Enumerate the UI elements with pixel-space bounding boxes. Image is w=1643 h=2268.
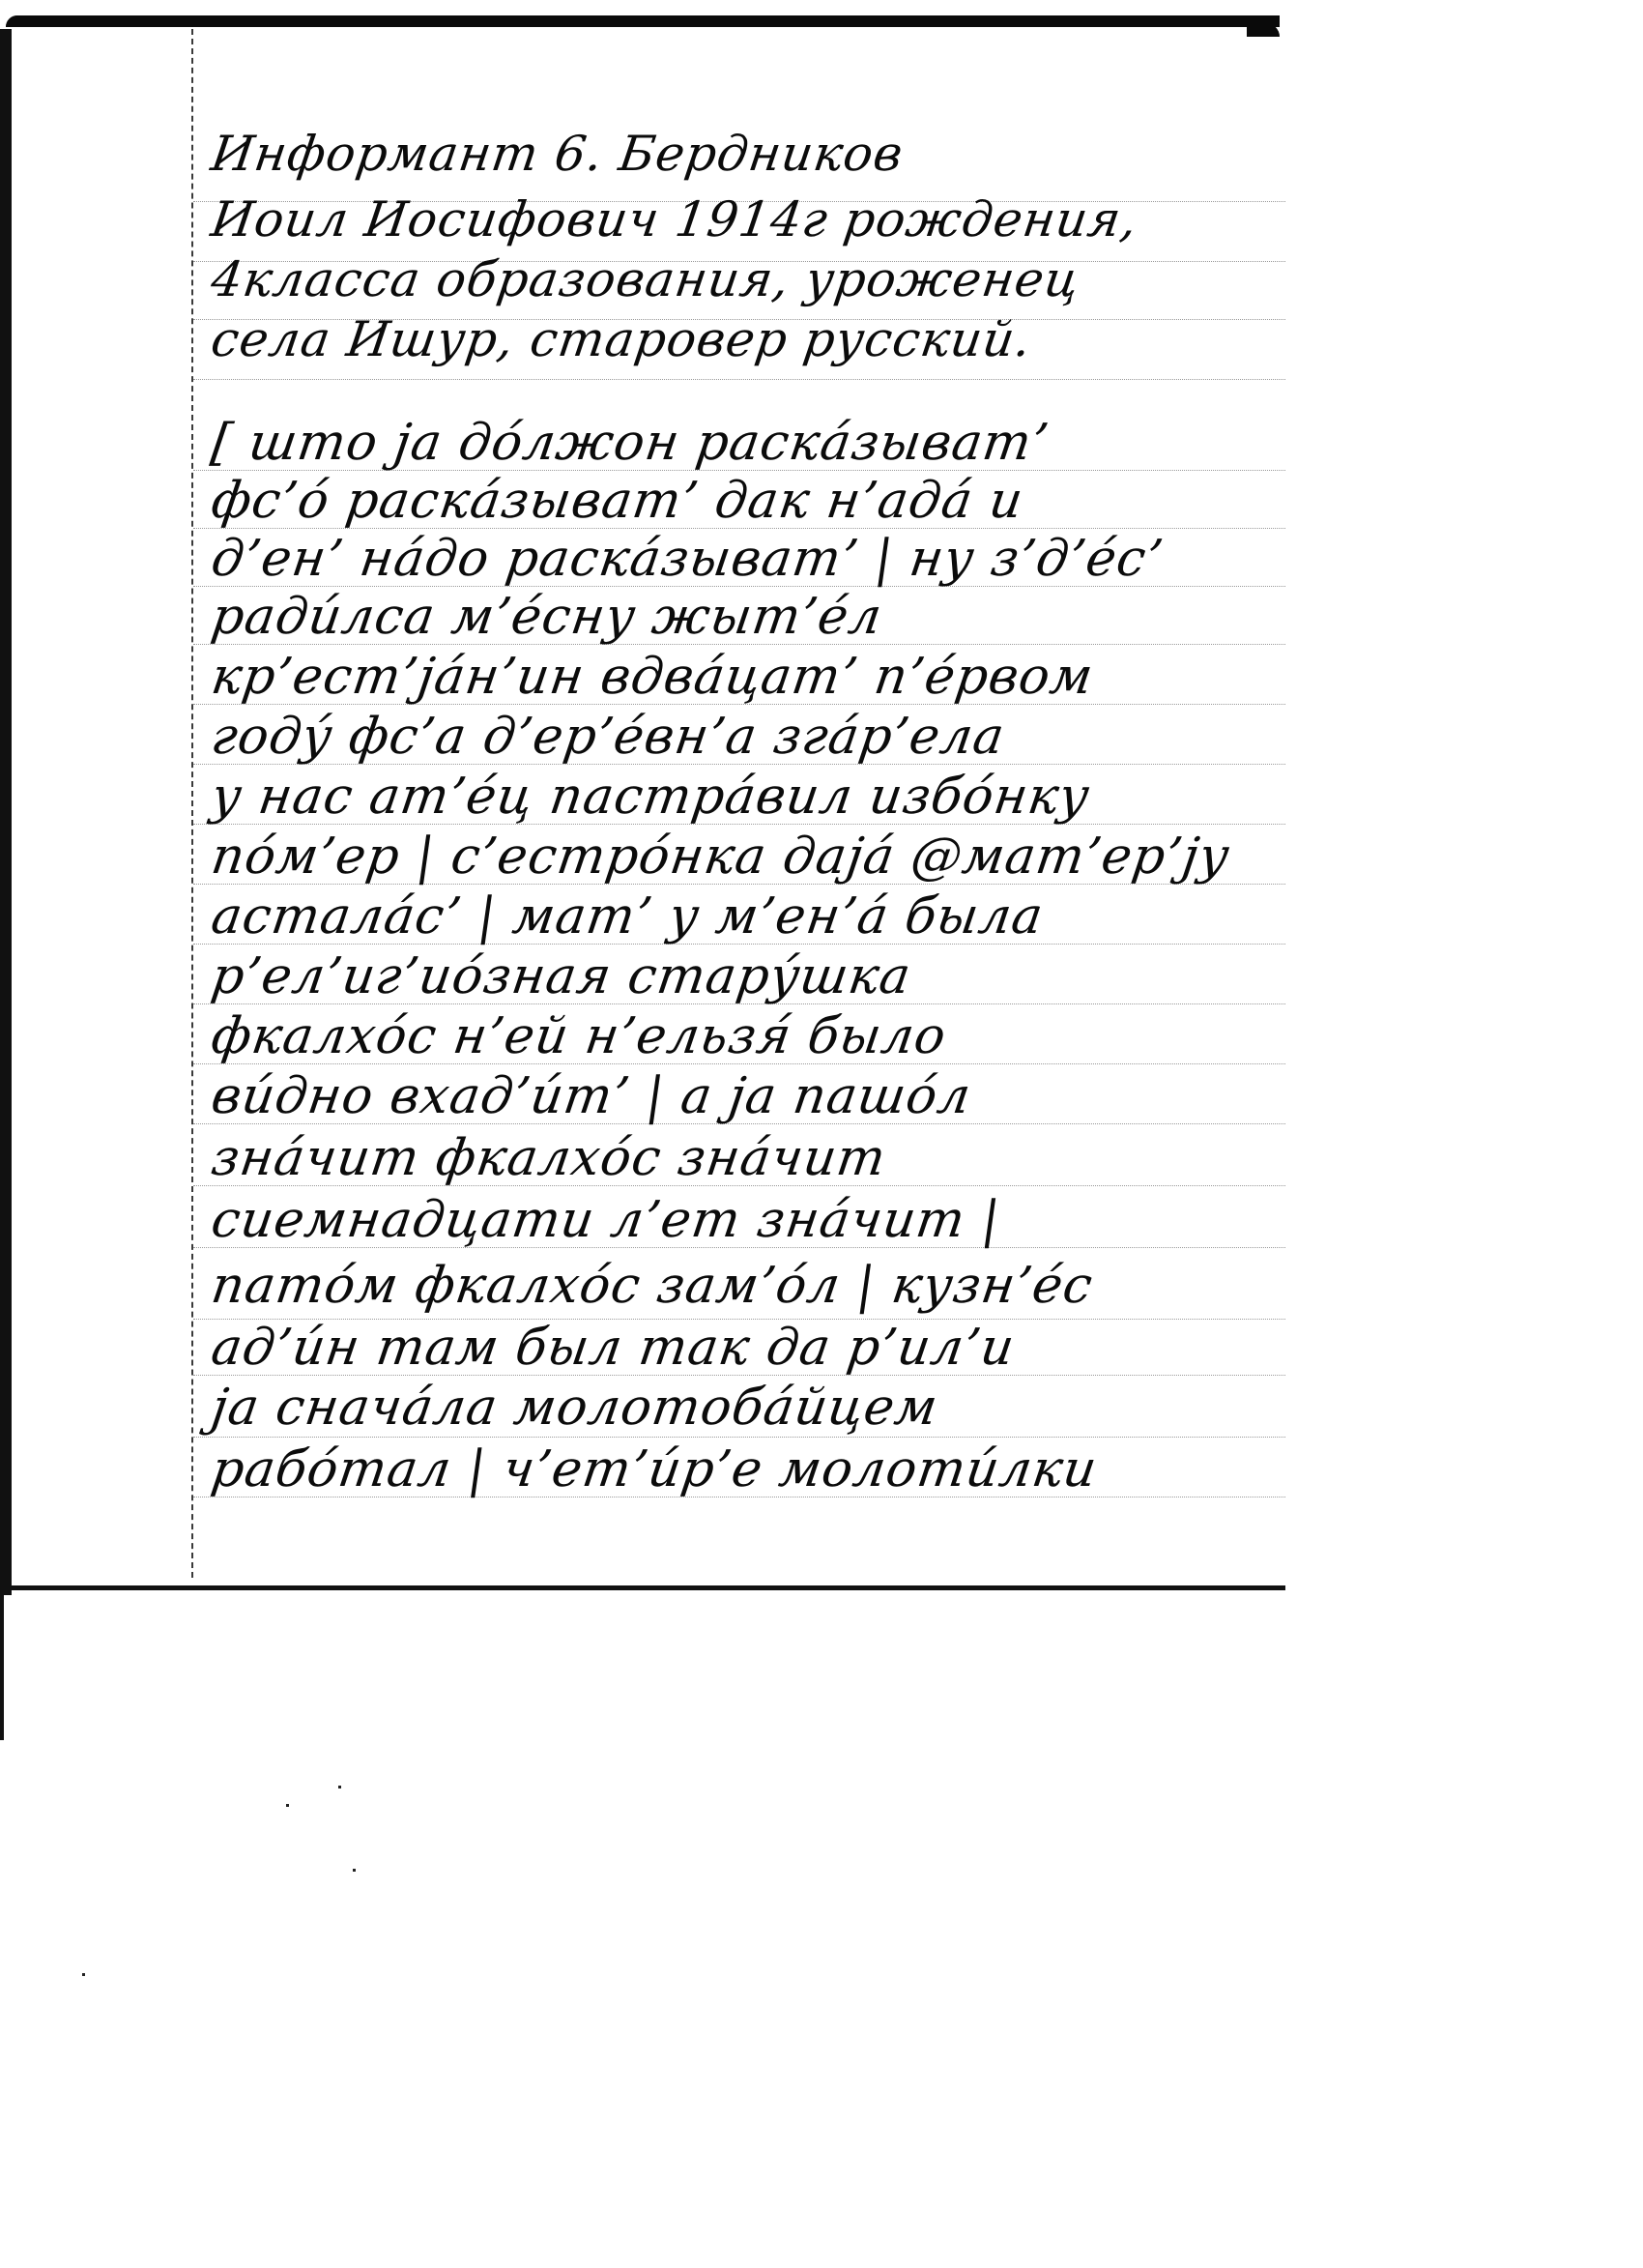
notebook-binding-edge [0,29,12,1595]
narrative-line: по́м’ер | с’естро́нка даjа́ @мат’ер’jу [208,828,1233,886]
narrative-line: фс’о́ раска́зыват’ дак н’ада́ и [208,472,1027,530]
narrative-line: рабо́тал | ч’ет’и́р’е молоти́лки [208,1440,1101,1498]
informant-title-line: Информант 6. Бердников [208,126,907,182]
scan-speck [82,1973,85,1976]
narrative-line: году́ фс’а д’ер’е́вн’а зга́р’ела [208,708,1008,766]
informant-education-line: 4класса образования, уроженец [208,251,1083,307]
narrative-line: [ што ja до́лжон раска́зыват’ [208,414,1052,472]
page-bottom-border [0,1585,1285,1590]
narrative-line: jа снача́ла молотоба́йцем [208,1379,941,1437]
scan-speck [338,1786,341,1788]
narrative-line: ради́лса м’е́сну жыт’е́л [208,588,886,646]
informant-name-line: Иоил Иосифович 1914г рождения, [208,191,1141,247]
narrative-line: кр’ест’jа́н’ин вдва́цат’ п’е́рвом [208,648,1097,706]
narrative-line: ад’и́н там был так да р’ил’и [208,1319,1019,1377]
notebook-binding-edge-lower [0,1585,4,1740]
narrative-line: пато́м фкалхо́с зам’о́л | кузн’е́с [208,1257,1097,1315]
scanned-notebook-page: Информант 6. Бердников Иоил Иосифович 19… [0,0,1643,2268]
informant-origin-line: села Ишур, старовер русский. [208,311,1035,367]
ruled-line [193,1437,1285,1438]
narrative-line: зна́чит фкалхо́с зна́чит [208,1129,890,1187]
narrative-line: р’ел’иг’ио́зная стару́шка [208,947,915,1005]
page-top-border [6,15,1280,27]
narrative-line: у нас ат’е́ц пастра́вил избо́нку [208,768,1093,826]
narrative-line: сиемнадцати л’ет зна́чит | [208,1191,1004,1249]
scan-speck [353,1869,356,1872]
narrative-line: фкалхо́с н’ей н’ельзя́ было [208,1007,950,1065]
narrative-line: астала́с’ | мат’ у м’ен’а́ была [208,887,1047,945]
narrative-line: ви́дно вхад’и́т’ | а jа пашо́л [208,1067,975,1125]
ruled-line [193,379,1285,380]
scan-speck [286,1804,289,1807]
narrative-line: д’ен’ на́до раска́зыват’ | ну з’д’е́с’ [208,530,1167,588]
